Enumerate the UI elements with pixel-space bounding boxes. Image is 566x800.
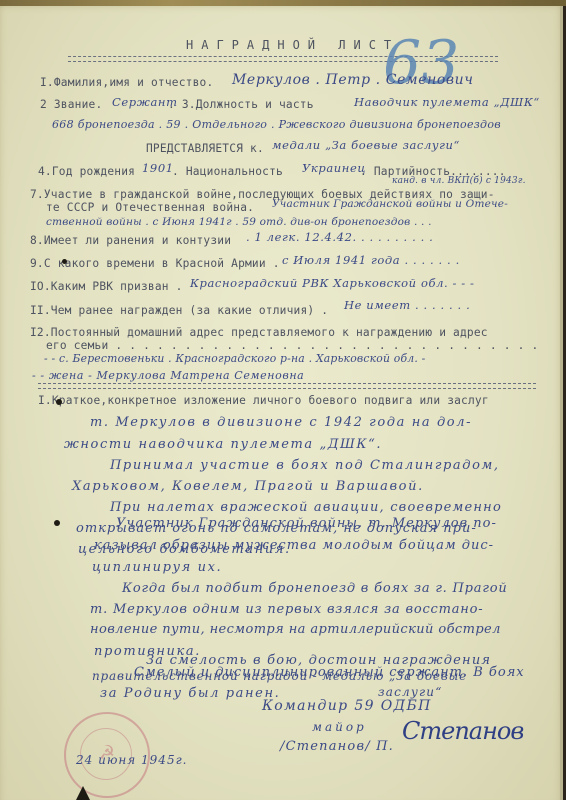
field-3-value: Наводчик пулемета „ДШК“ <box>354 95 540 109</box>
field-1-label: I.Фамилия,имя и отчество. <box>40 76 213 89</box>
section-rule <box>38 383 536 389</box>
field-12-value-line2: - - жена - Меркулова Матрена Семеновна <box>32 369 304 382</box>
document-date: 24 июня 1945г. <box>76 753 187 767</box>
field-6-value: канд. в чл. ВКП(б) с 1943г. <box>392 176 526 186</box>
signatory-rank: майор <box>312 720 367 734</box>
field-8-label: 8.Имеет ли ранения и контузии <box>30 234 231 247</box>
feat-line: За смелость в бою, достоин награждения <box>146 653 491 668</box>
feat-line: новление пути, несмотря на артиллерийски… <box>90 622 501 637</box>
field-10-label: IO.Каким РВК призван . <box>30 280 183 293</box>
feat-line: Участник Гражданской войны. т. Меркулов … <box>116 516 497 531</box>
feat-line: т. Меркулов в дивизионе с 1942 года на д… <box>90 415 472 430</box>
field-11-label: II.Чем ранее награжден (за какие отличия… <box>30 304 328 317</box>
field-2-label: 2 Звание. <box>40 98 102 111</box>
feat-line: заслуги“ <box>378 685 443 699</box>
document-title: НАГРАДНОЙ ЛИСТ <box>186 38 399 52</box>
punch-hole <box>56 399 62 405</box>
paper-tear <box>76 786 90 800</box>
feat-line: правительственной наградой - медалью „За… <box>92 669 467 683</box>
field-7-value-line2: ственной войны . с Июня 1941г . 59 отд. … <box>46 216 432 228</box>
field-12-label-line2: его семьи . . . . . . . . . . . . . . . … <box>46 339 538 352</box>
field-9-value: с Июля 1941 года . . . . . . . <box>282 253 460 267</box>
field-9-label: 9.С какого времени в Красной Армии . <box>30 257 280 270</box>
feat-line: Принимал участие в боях под Сталинградом… <box>110 458 500 473</box>
feat-line: Когда был подбит бронепоезд в боях за г.… <box>122 581 508 596</box>
feat-line: циплинируя их. <box>92 560 222 575</box>
handwritten-signature: Степанов <box>402 712 494 750</box>
field-1-value: Меркулов . Петр . Семенович <box>232 72 474 88</box>
presented-label: ПРЕДСТАВЛЯЕТСЯ к. <box>146 142 264 155</box>
feat-heading: I.Краткое,конкретное изложение личного б… <box>38 394 489 407</box>
feat-line: т. Меркулов одним из первых взялся за во… <box>90 602 484 617</box>
field-11-value: Не имеет . . . . . . . <box>344 298 470 312</box>
field-4-label: 4.Год рождения <box>38 165 135 178</box>
field-12-label-line1: I2.Постоянный домашний адрес представляе… <box>30 326 488 339</box>
field-3-value-continued: 668 бронепоезда . 59 . Отдельного . Ржев… <box>52 118 501 131</box>
field-12-value-line1: - - с. Берестовеньки . Красноградского р… <box>44 352 425 365</box>
feat-line: жности наводчика пулемета „ДШК“. <box>64 437 382 452</box>
field-10-value: Красноградский РВК Харьковской обл. - - … <box>190 276 474 290</box>
field-7-value-line1: Участник Гражданской войны и Отече- <box>272 198 508 210</box>
field-4-value: 1901 <box>142 161 174 175</box>
field-5-value: Украинец <box>302 161 366 175</box>
signatory-name: /Степанов/ П. <box>280 739 394 754</box>
field-3-label: . 3.Должность и часть <box>168 98 314 111</box>
presented-value: медали „За боевые заслуги“ <box>272 138 460 152</box>
feat-line: казывал образцы мужества молодым бойцам … <box>94 538 494 553</box>
field-5-label: . Национальность <box>172 165 283 178</box>
award-sheet: НАГРАДНОЙ ЛИСТ 63 I.Фамилия,имя и отчест… <box>0 0 563 800</box>
field-8-value: . 1 легк. 12.4.42. . . . . . . . . . <box>246 230 433 244</box>
field-7-label-line2: те СССР и Отечественная война. <box>46 201 254 214</box>
feat-line: При налетах вражеской авиации, своевреме… <box>110 500 502 515</box>
punch-hole <box>62 259 67 264</box>
paper-top-edge <box>0 0 566 6</box>
feat-line: Харьковом, Ковелем, Прагой и Варшавой. <box>72 479 424 494</box>
punch-hole <box>54 520 60 526</box>
feat-line: за Родину был ранен. <box>100 686 280 701</box>
